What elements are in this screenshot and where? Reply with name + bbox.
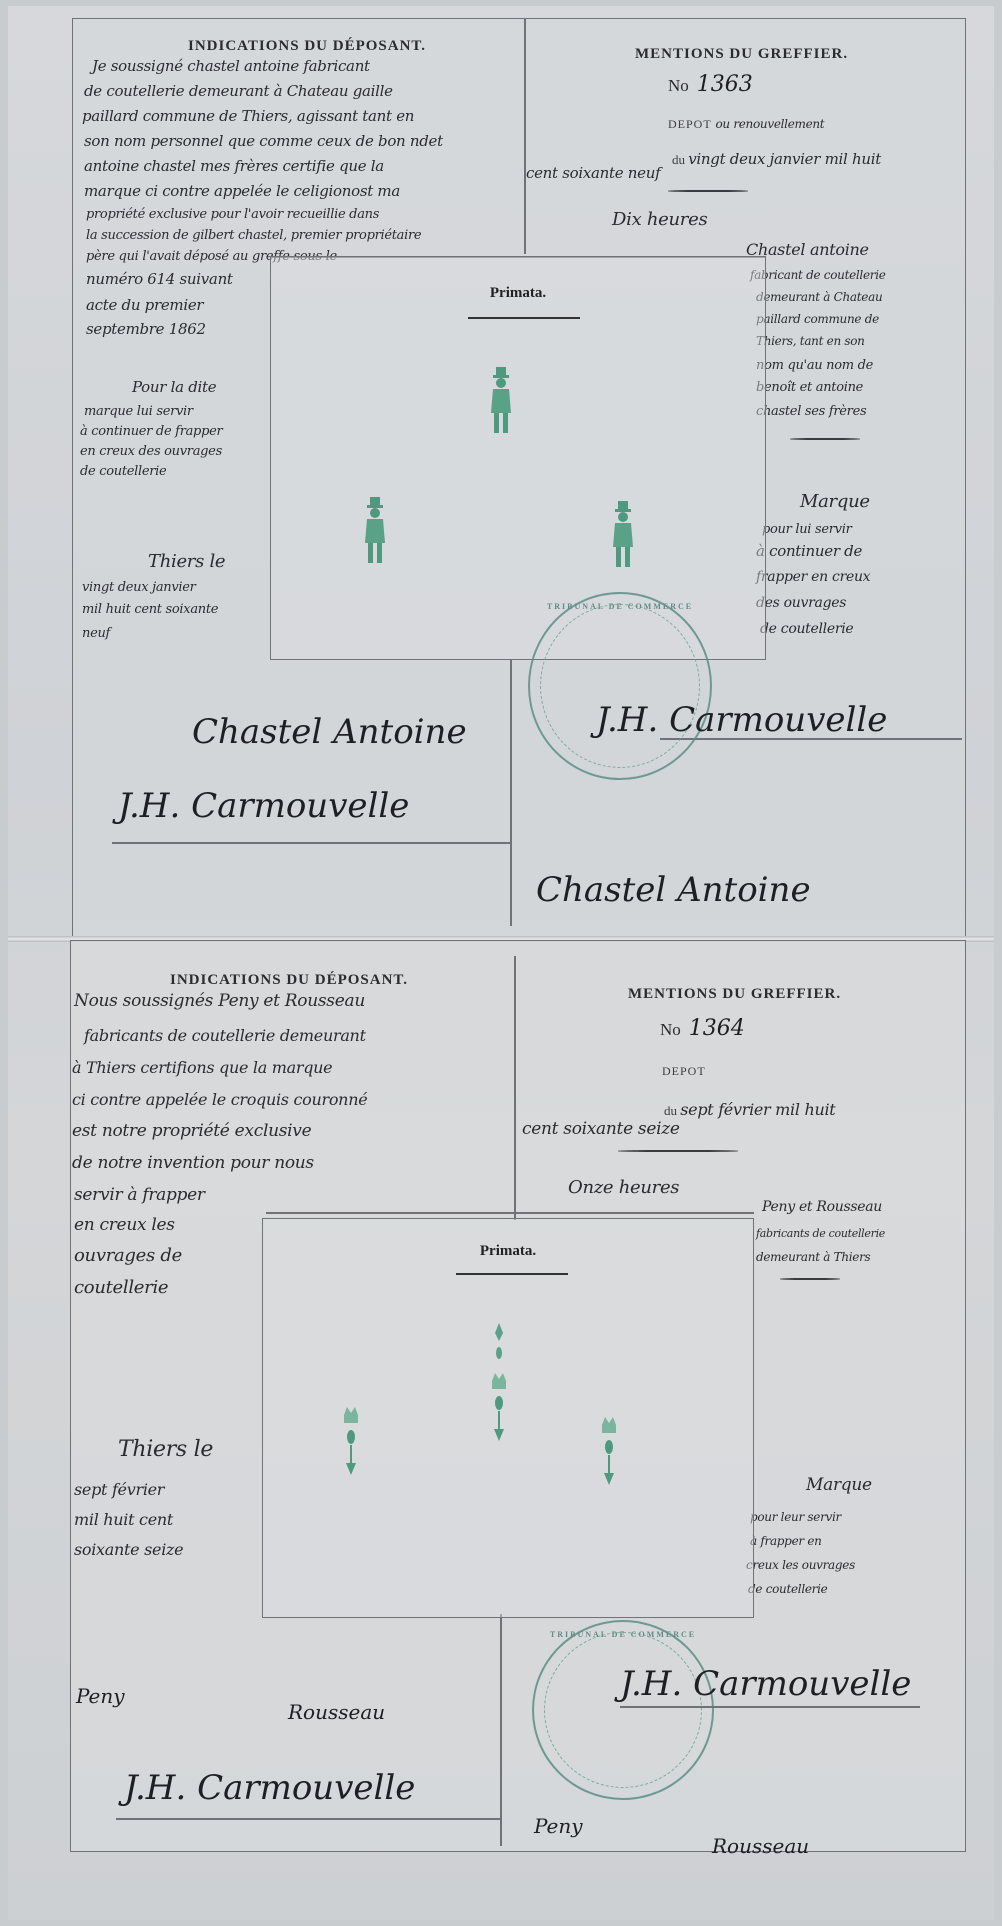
trademark-sample-box: Primata. xyxy=(270,256,766,660)
place-date-line: Thiers le xyxy=(148,550,225,573)
primata-rule xyxy=(468,317,580,319)
clerk-signature: J.H. Carmouvelle xyxy=(118,786,409,826)
declaration-line: de notre invention pour nous xyxy=(72,1152,314,1175)
clerk-header: MENTIONS DU GREFFIER. xyxy=(628,986,841,1003)
declaration-line: propriété exclusive pour l'avoir recueil… xyxy=(86,203,379,226)
tribunal-seal: TRIBUNAL DE COMMERCE xyxy=(528,592,712,780)
column-divider xyxy=(524,18,526,254)
declaration-line: numéro 614 suivant xyxy=(86,268,233,291)
flourish xyxy=(790,438,860,440)
number-value: 1364 xyxy=(689,1016,745,1041)
declaration-line: Je soussigné chastel antoine fabricant xyxy=(92,55,370,78)
clerk-usage-line: Marque xyxy=(806,1474,872,1497)
declaration-line: à Thiers certifions que la marque xyxy=(72,1056,332,1079)
depot-label: DEPOT xyxy=(662,1064,706,1079)
clerk-usage-line: Marque xyxy=(800,490,870,513)
column-divider xyxy=(500,1614,502,1846)
deposit-hour: Dix heures xyxy=(612,208,707,231)
tribunal-seal: TRIBUNAL DE COMMERCE xyxy=(532,1620,714,1800)
usage-line: de coutellerie xyxy=(80,460,166,483)
declaration-line: ci contre appelée le croquis couronné xyxy=(72,1088,367,1111)
declaration-line: en creux les xyxy=(74,1214,175,1237)
place-date-line: Thiers le xyxy=(118,1438,213,1461)
du-label: du xyxy=(664,1103,677,1118)
depot-label: DEPOT ou renouvellement xyxy=(668,113,824,136)
clerk-note-line: nom qu'au nom de xyxy=(756,354,873,377)
clerk-note-line: paillard commune de xyxy=(756,308,879,331)
flourish xyxy=(780,1278,840,1280)
place-date-line: vingt deux janvier xyxy=(82,576,196,599)
signature-underline xyxy=(112,842,512,844)
depositor-header: INDICATIONS DU DÉPOSANT. xyxy=(170,972,408,989)
seal-inner-ring xyxy=(544,1632,702,1788)
flourish xyxy=(618,1150,738,1152)
date-line-1: sept février mil huit xyxy=(680,1100,835,1119)
clerk-signature: J.H. Carmouvelle xyxy=(596,700,887,740)
figure-top-hat-icon xyxy=(609,501,637,571)
clerk-signature: J.H. Carmouvelle xyxy=(124,1768,415,1808)
depositor-header: INDICATIONS DU DÉPOSANT. xyxy=(188,38,426,55)
date-line-1: vingt deux janvier mil huit xyxy=(688,150,881,168)
clerk-usage-line: à continuer de xyxy=(756,540,862,563)
figure-top-hat-icon xyxy=(361,497,389,567)
figure-top-hat-icon xyxy=(487,367,515,437)
depot-suffix: ou renouvellement xyxy=(715,117,824,131)
depositor-signature: Rousseau xyxy=(712,1834,809,1858)
column-divider xyxy=(510,660,512,926)
column-divider xyxy=(514,956,516,1220)
clerk-note-line: fabricant de coutellerie xyxy=(750,264,886,287)
crown-dagger-icon xyxy=(489,1323,509,1463)
primata-title: Primata. xyxy=(263,1243,753,1260)
registration-number: No1363 xyxy=(668,72,753,97)
date-line-2: cent soixante seize xyxy=(522,1118,680,1141)
primata-rule xyxy=(456,1273,568,1275)
clerk-header: MENTIONS DU GREFFIER. xyxy=(635,46,848,63)
section-rule xyxy=(266,1212,754,1214)
clerk-usage-line: creux les ouvrages xyxy=(746,1554,855,1577)
clerk-usage-line: de coutellerie xyxy=(760,618,853,641)
signature-underline xyxy=(620,1706,920,1708)
depositor-signature: Rousseau xyxy=(288,1700,385,1724)
signature-underline xyxy=(116,1818,500,1820)
crown-dagger-icon xyxy=(341,1405,361,1479)
declaration-line: ouvrages de xyxy=(74,1244,182,1267)
clerk-usage-line: à frapper en xyxy=(750,1530,822,1553)
date-field: du sept février mil huit xyxy=(664,1098,835,1121)
flourish xyxy=(668,190,748,192)
deposit-hour: Onze heures xyxy=(568,1176,679,1199)
date-field: du vingt deux janvier mil huit xyxy=(672,148,881,171)
date-line-2: cent soixante neuf xyxy=(526,162,660,185)
clerk-note-line: Peny et Rousseau xyxy=(762,1196,882,1219)
du-label: du xyxy=(672,152,685,167)
declaration-line: la succession de gilbert chastel, premie… xyxy=(86,224,421,247)
declaration-line: paillard commune de Thiers, agissant tan… xyxy=(82,105,414,128)
clerk-signature: J.H. Carmouvelle xyxy=(620,1664,911,1704)
clerk-usage-line: pour leur servir xyxy=(750,1506,841,1529)
depositor-signature: Chastel Antoine xyxy=(536,870,811,910)
declaration-line: son nom personnel que comme ceux de bon … xyxy=(84,130,443,153)
clerk-usage-line: pour lui servir xyxy=(762,518,851,541)
declaration-line: est notre propriété exclusive xyxy=(72,1120,311,1143)
depositor-signature: Chastel Antoine xyxy=(192,712,467,752)
crown-dagger-icon xyxy=(599,1415,619,1489)
clerk-usage-line: de coutellerie xyxy=(748,1578,827,1601)
clerk-note-line: Thiers, tant en son xyxy=(756,330,865,353)
declaration-line: de coutellerie demeurant à Chateau gaill… xyxy=(84,80,393,103)
depositor-signature: Peny xyxy=(76,1684,125,1708)
declaration-line: servir à frapper xyxy=(74,1184,205,1207)
declaration-line: antoine chastel mes frères certifie que … xyxy=(84,155,384,178)
seal-inner-ring xyxy=(540,604,700,768)
declaration-line: coutellerie xyxy=(74,1276,168,1299)
primata-title: Primata. xyxy=(271,285,765,302)
usage-line: Pour la dite xyxy=(132,376,216,399)
clerk-note-line: demeurant à Chateau xyxy=(756,286,882,309)
registration-number: No1364 xyxy=(660,1016,745,1041)
declaration-line: acte du premier xyxy=(86,294,203,317)
place-date-line: sept février xyxy=(74,1478,164,1501)
place-date-line: mil huit cent xyxy=(74,1508,173,1531)
clerk-usage-line: des ouvrages xyxy=(756,592,846,615)
seal-text: TRIBUNAL DE COMMERCE xyxy=(534,1630,712,1639)
clerk-note-line: chastel ses frères xyxy=(756,400,866,423)
clerk-usage-line: frapper en creux xyxy=(756,566,870,589)
seal-text: TRIBUNAL DE COMMERCE xyxy=(530,602,710,611)
trademark-sample-box: Primata. xyxy=(262,1218,754,1618)
number-value: 1363 xyxy=(697,72,753,97)
declaration-line: fabricants de coutellerie demeurant xyxy=(84,1024,366,1047)
number-label: No xyxy=(668,76,689,95)
declaration-line: marque ci contre appelée le celigionost … xyxy=(84,180,400,203)
clerk-note-line: benoît et antoine xyxy=(756,376,863,399)
declaration-line: Nous soussignés Peny et Rousseau xyxy=(74,990,365,1013)
place-date-line: soixante seize xyxy=(74,1538,183,1561)
declaration-line: septembre 1862 xyxy=(86,318,206,341)
clerk-note-line: demeurant à Thiers xyxy=(756,1246,870,1269)
depositor-signature: Peny xyxy=(534,1814,583,1838)
number-label: No xyxy=(660,1020,681,1039)
place-date-line: neuf xyxy=(82,622,110,645)
clerk-note-line: fabricants de coutellerie xyxy=(756,1222,885,1245)
depot-text: DEPOT xyxy=(668,117,711,131)
place-date-line: mil huit cent soixante xyxy=(82,598,218,621)
